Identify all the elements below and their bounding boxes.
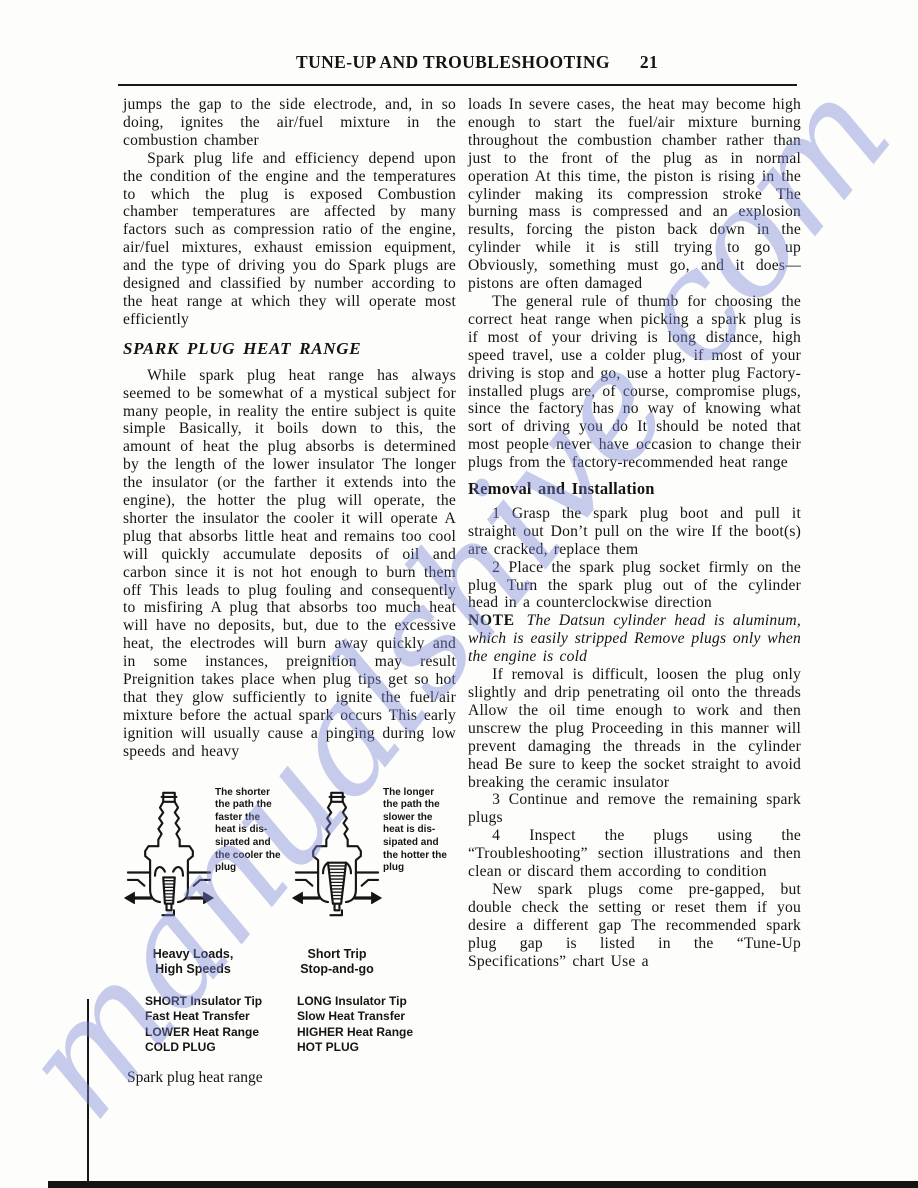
note-label: NOTE <box>468 612 515 629</box>
page-number: 21 <box>640 52 658 73</box>
step-2: 2 Place the spark plug socket firmly on … <box>468 559 801 613</box>
left-paragraph-1: jumps the gap to the side electrode, and… <box>123 96 456 150</box>
spec-line: Fast Heat Transfer <box>145 1009 295 1025</box>
cold-plug-specs: SHORT Insulator Tip Fast Heat Transfer L… <box>145 994 295 1056</box>
section-heading-removal-installation: Removal and Installation <box>468 480 801 498</box>
bottom-scan-bar <box>48 1181 918 1188</box>
right-paragraph-1: loads In severe cases, the heat may beco… <box>468 96 801 293</box>
right-paragraph-3: If removal is difficult, loosen the plug… <box>468 666 801 791</box>
header-rule <box>118 84 797 86</box>
section-heading-spark-plug-heat-range: SPARK PLUG HEAT RANGE <box>123 340 456 358</box>
hot-plug-caption: Short Trip Stop-and-go <box>267 947 407 978</box>
left-column: jumps the gap to the side electrode, and… <box>123 96 456 1087</box>
spark-plug-cold-drawing <box>123 777 215 945</box>
page-header: TUNE-UP AND TROUBLESHOOTING 21 <box>296 52 658 73</box>
figure-plug-row: The shorter the path the faster the heat… <box>123 777 456 945</box>
step-1: 1 Grasp the spark plug boot and pull it … <box>468 505 801 559</box>
figure-captions: Heavy Loads, High Speeds Short Trip Stop… <box>123 947 456 978</box>
spark-plug-hot-drawing <box>291 777 383 945</box>
right-paragraph-2: The general rule of thumb for choosing t… <box>468 293 801 472</box>
step-3: 3 Continue and remove the remaining spar… <box>468 791 801 827</box>
spec-line: Slow Heat Transfer <box>297 1009 413 1025</box>
left-paragraph-3: While spark plug heat range has always s… <box>123 367 456 761</box>
spec-line: HIGHER Heat Range <box>297 1025 413 1041</box>
hot-plug-note: The longer the path the slower the heat … <box>383 787 457 875</box>
spec-line: HOT PLUG <box>297 1040 413 1056</box>
step-4: 4 Inspect the plugs using the “Troublesh… <box>468 827 801 881</box>
spec-line: LONG Insulator Tip <box>297 994 413 1010</box>
note-text: The Datsun cylinder head is aluminum, wh… <box>468 612 801 665</box>
spec-line: LOWER Heat Range <box>145 1025 295 1041</box>
spec-line: COLD PLUG <box>145 1040 295 1056</box>
right-column: loads In severe cases, the heat may beco… <box>468 96 801 971</box>
note-block: NOTEThe Datsun cylinder head is aluminum… <box>468 612 801 666</box>
hot-plug-specs: LONG Insulator Tip Slow Heat Transfer HI… <box>297 994 413 1056</box>
cold-plug-note: The shorter the path the faster the heat… <box>215 787 289 875</box>
left-margin-mark <box>87 999 89 1183</box>
page-header-title: TUNE-UP AND TROUBLESHOOTING <box>296 52 610 73</box>
spark-plug-heat-range-figure: The shorter the path the faster the heat… <box>123 777 456 1087</box>
cold-plug-caption: Heavy Loads, High Speeds <box>123 947 263 978</box>
left-paragraph-2: Spark plug life and efficiency depend up… <box>123 150 456 329</box>
figure-specs: SHORT Insulator Tip Fast Heat Transfer L… <box>123 994 456 1056</box>
figure-title: Spark plug heat range <box>127 1069 456 1087</box>
right-paragraph-4: New spark plugs come pre-gapped, but dou… <box>468 881 801 971</box>
spec-line: SHORT Insulator Tip <box>145 994 295 1010</box>
